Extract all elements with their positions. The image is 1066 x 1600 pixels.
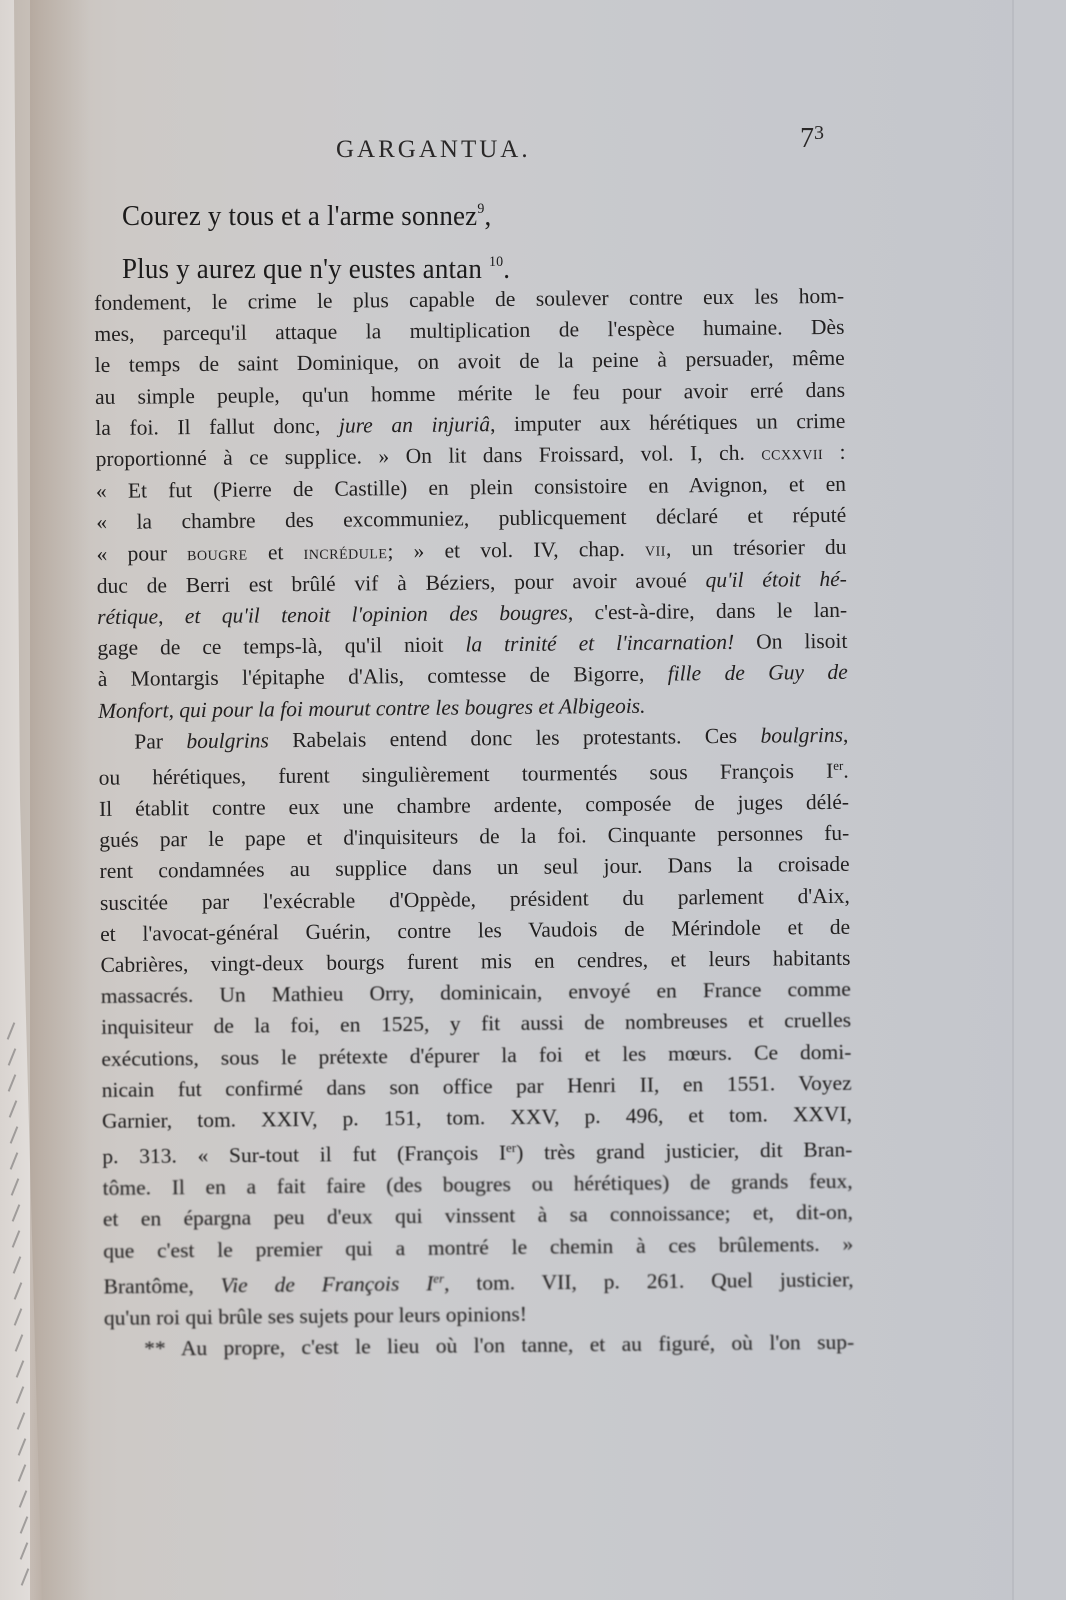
text-smallcaps: bougre — [187, 542, 248, 565]
text-run: ) très grand justicier, dit Bran- — [516, 1138, 852, 1165]
text-smallcaps: vii — [645, 538, 666, 560]
text-run: suscitée par l'exécrable d'Oppède, prési… — [100, 883, 850, 914]
text-run: le temps de saint Dominique, on avoit de… — [95, 346, 845, 377]
text-run: qu'un roi qui brûle ses sujets pour leur… — [104, 1302, 527, 1330]
page-number-raised-digit: 3 — [814, 122, 824, 144]
text-run: , un trésorier du — [666, 534, 847, 560]
text-run: inquisiteur de la foi, en 1525, y fit au… — [101, 1008, 851, 1039]
text-smallcaps: ccxxvii — [761, 442, 823, 465]
text-run: et en épargna peu d'eux qui vinssent à s… — [103, 1200, 853, 1231]
text-run: « pour — [96, 541, 187, 566]
footnote-line: ** Au propre, c'est le lieu où l'on tann… — [104, 1327, 854, 1365]
verse-punct: . — [503, 253, 510, 285]
verse-text: Courez y tous et a l'arme sonnez — [122, 200, 477, 232]
text-italic: fille de Guy de — [668, 660, 848, 686]
running-head: GARGANTUA. — [336, 136, 531, 164]
text-run: mes, parcequ'il attaque la multiplicatio… — [94, 315, 844, 346]
text-run: fondement, le crime le plus capable de s… — [94, 284, 844, 315]
text-run: Brantôme, — [103, 1273, 220, 1298]
text-run: : — [823, 440, 846, 464]
text-run: « la chambre des excommuniez, publicquem… — [96, 503, 846, 534]
text-run: p. 313. « Sur-tout il fut (François I — [102, 1141, 506, 1169]
text-run: « Et fut (Pierre de Castille) en plein c… — [96, 472, 846, 503]
text-run: ou hérétiques, furent singulièrement tou… — [99, 759, 834, 790]
page-number: 73 — [800, 122, 824, 155]
text-italic: qu'il étoit hé- — [705, 567, 847, 592]
text-run: et — [248, 540, 304, 565]
text-italic: boulgrins — [760, 723, 843, 748]
text-italic: jure an injuriâ — [339, 412, 490, 437]
text-run: Par — [134, 729, 186, 753]
text-run: nicain fut confirmé dans son office par … — [102, 1071, 852, 1102]
text-run: Cabrières, vingt-deux bourgs furent mis … — [100, 946, 850, 977]
text-run: rent condamnées au supplice dans un seul… — [99, 852, 849, 883]
text-run: , tom. VII, p. 261. Quel justicier, — [444, 1267, 854, 1295]
verse-text: Plus y aurez que n'y eustes antan — [122, 253, 489, 285]
text-run: exécutions, sous le prétexte d'épurer la… — [101, 1039, 851, 1070]
text-sup-italic: er — [433, 1271, 444, 1285]
text-run: tôme. Il en a fait faire (des bougres ou… — [103, 1169, 853, 1200]
text-run: , imputer aux hérétiques un crime — [490, 409, 845, 436]
note-ref: 9 — [477, 201, 484, 217]
text-run: et l'avocat-général Guérin, contre les V… — [100, 915, 850, 946]
verse-punct: , — [484, 200, 491, 232]
text-italic: et qu'il tenoit l'opinion des bougres — [185, 600, 568, 628]
page-number-digit: 7 — [800, 123, 814, 154]
text-run: , — [158, 604, 185, 628]
text-run: , c'est-à-dire, dans le lan- — [568, 598, 848, 625]
text-italic: boulgrins — [186, 728, 269, 753]
text-run: Garnier, tom. XXIV, p. 151, tom. XXV, p.… — [102, 1102, 852, 1133]
text-run: Il établit contre eux une chambre ardent… — [99, 790, 849, 821]
text-run: . — [843, 759, 849, 783]
verse-line: Courez y tous et a l'arme sonnez9, — [122, 186, 510, 239]
text-italic: Vie de François I — [220, 1271, 433, 1297]
text-run: que c'est le premier qui a montré le che… — [103, 1231, 853, 1262]
text-run: , — [843, 723, 849, 747]
text-italic: Monfort, qui pour la foi mourut contre l… — [98, 693, 646, 722]
text-run: gage de ce temps-là, qu'il nioit — [97, 633, 465, 661]
verse-block: Courez y tous et a l'arme sonnez9, Plus … — [122, 186, 510, 292]
text-run: à Montargis l'épitaphe d'Alis, comtesse … — [98, 662, 668, 691]
text-sup: er — [833, 759, 843, 773]
note-ref: 10 — [489, 254, 503, 270]
text-smallcaps: incrédule — [303, 541, 387, 564]
text-italic: rétique — [97, 604, 158, 629]
text-run: On lisoit — [734, 629, 847, 654]
text-run: ; » et vol. IV, chap. — [387, 536, 645, 562]
text-italic: la trinité et l'incarnation! — [465, 630, 734, 657]
text-run: au simple peuple, qu'un homme mérite le … — [95, 377, 845, 408]
book-page: GARGANTUA. 73 Courez y tous et a l'arme … — [0, 0, 1066, 1600]
text-run: la foi. Il fallut donc, — [95, 413, 339, 439]
text-run: proportionné à ce supplice. » On lit dan… — [96, 441, 762, 471]
text-run: duc de Berri est brûlé vif à Béziers, po… — [97, 568, 706, 598]
commentary-text: fondement, le crime le plus capable de s… — [94, 281, 854, 1365]
text-run: ** Au propre, c'est le lieu où l'on tann… — [144, 1330, 854, 1361]
text-run: massacrés. Un Mathieu Orry, dominicain, … — [101, 977, 851, 1008]
text-run: gués par le pape et d'inquisiteurs de la… — [99, 821, 849, 852]
text-run: Rabelais entend donc les protestants. Ce… — [269, 723, 761, 752]
text-sup: er — [506, 1141, 516, 1155]
